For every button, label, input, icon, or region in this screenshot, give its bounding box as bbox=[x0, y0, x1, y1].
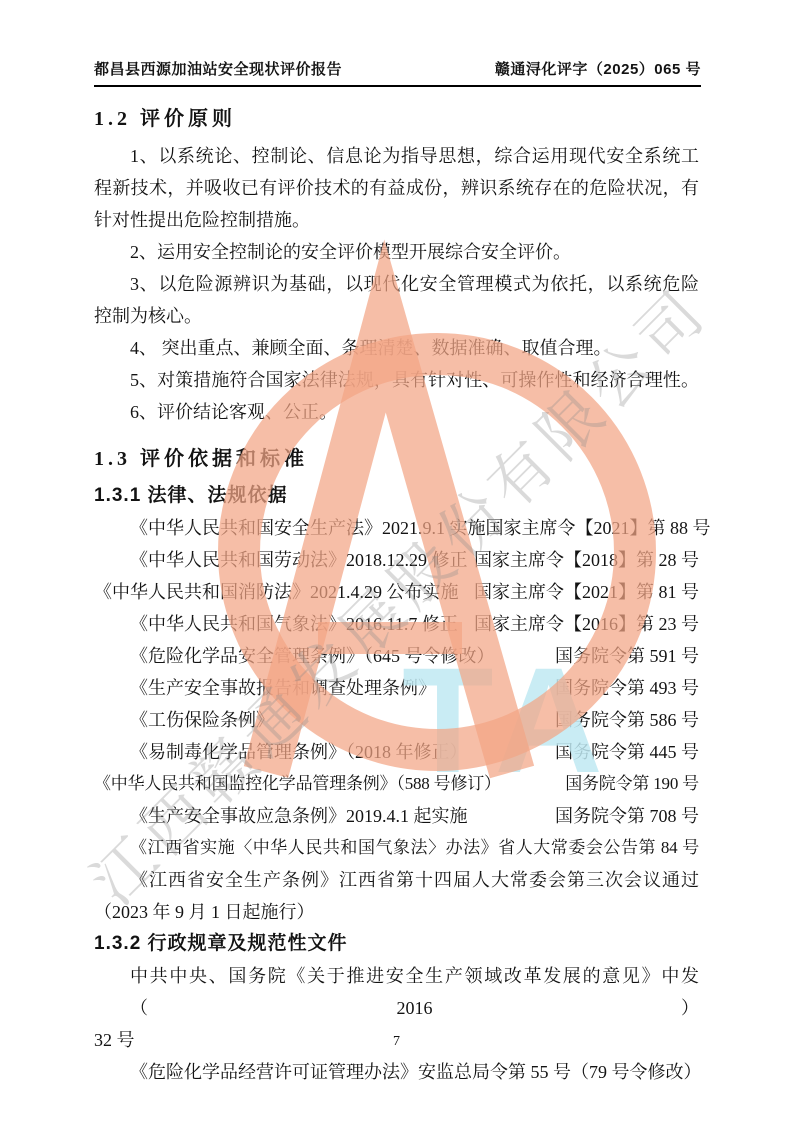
law-order-number: 国务院令第 190 号 bbox=[565, 768, 699, 800]
law-text: 《中华人民共和国消防法》2021.4.29 公布实施 bbox=[94, 576, 459, 608]
header-report-title: 都昌县西源加油站安全现状评价报告 bbox=[94, 58, 342, 79]
regulation-line: 《危险化学品经营许可证管理办法》安监总局令第 55 号（79 号令修改） bbox=[94, 1056, 699, 1088]
law-order-number: 国务院令第 445 号 bbox=[555, 736, 699, 768]
principle-line: 1、以系统论、控制论、信息论为指导思想，综合运用现代安全系统工 bbox=[94, 140, 699, 172]
law-order-number: 国家主席令【2021】第 88 号 bbox=[486, 512, 711, 544]
law-text: 《中华人民共和国劳动法》2018.12.29 修正 bbox=[130, 544, 468, 576]
law-row: 《易制毒化学品管理条例》（2018 年修正） 国务院令第 445 号 bbox=[94, 736, 699, 768]
principle-line: 6、评价结论客观、公正。 bbox=[94, 396, 699, 428]
law-order-number: 国家主席令【2021】第 81 号 bbox=[474, 576, 699, 608]
principle-line: 4、 突出重点、兼顾全面、条理清楚、数据准确、取值合理。 bbox=[94, 332, 699, 364]
law-order-number: 国家主席令【2018】第 28 号 bbox=[474, 544, 699, 576]
law-row: 《中华人民共和国劳动法》2018.12.29 修正 国家主席令【2018】第 2… bbox=[94, 544, 699, 576]
law-row: 《危险化学品安全管理条例》（645 号令修改） 国务院令第 591 号 bbox=[94, 640, 699, 672]
law-row: 《江西省安全生产条例》江西省第十四届人大常委会第三次会议通过 bbox=[94, 864, 699, 896]
law-text: 《易制毒化学品管理条例》（2018 年修正） bbox=[130, 736, 468, 768]
principle-line: 控制为核心。 bbox=[94, 300, 699, 332]
law-order-number: 国务院令第 493 号 bbox=[555, 672, 699, 704]
law-row: 《中华人民共和国气象法》2016.11.7 修正 国家主席令【2016】第 23… bbox=[94, 608, 699, 640]
section-1-3-2-title: 1.3.2 行政规章及规范性文件 bbox=[94, 928, 699, 960]
law-order-number: 国务院令第 591 号 bbox=[555, 640, 699, 672]
header-doc-number: 赣通浔化评字（2025）065 号 bbox=[495, 58, 701, 79]
principle-line: 程新技术，并吸收已有评价技术的有益成份，辨识系统存在的危险状况，有 bbox=[94, 172, 699, 204]
section-1-2-title: 1.2 评价原则 bbox=[94, 104, 699, 134]
law-text: 《中华人民共和国监控化学品管理条例》（588 号修订） bbox=[94, 768, 501, 800]
page-number: 7 bbox=[0, 1034, 793, 1050]
law-row: 《生产安全事故报告和调查处理条例》 国务院令第 493 号 bbox=[94, 672, 699, 704]
law-row: 《中华人民共和国消防法》2021.4.29 公布实施 国家主席令【2021】第 … bbox=[94, 576, 699, 608]
section-1-3-title: 1.3 评价依据和标准 bbox=[94, 444, 699, 474]
law-order-number: 国务院令第 708 号 bbox=[555, 800, 699, 832]
regulation-line: 中共中央、国务院《关于推进安全生产领域改革发展的意见》中发（2016） bbox=[94, 960, 699, 1024]
page-content: 1.2 评价原则 1、以系统论、控制论、信息论为指导思想，综合运用现代安全系统工… bbox=[94, 92, 699, 1088]
document-page: 都昌县西源加油站安全现状评价报告 赣通浔化评字（2025）065 号 1.2 评… bbox=[0, 0, 793, 1122]
law-text: 《危险化学品安全管理条例》（645 号令修改） bbox=[130, 640, 495, 672]
section-1-3-1-title: 1.3.1 法律、法规依据 bbox=[94, 480, 699, 512]
law-text: 《工伤保险条例》 bbox=[130, 704, 274, 736]
law-text: 《生产安全事故应急条例》2019.4.1 起实施 bbox=[130, 800, 468, 832]
law-order-number: 国务院令第 586 号 bbox=[555, 704, 699, 736]
law-row: （2023 年 9 月 1 日起施行） bbox=[94, 896, 699, 928]
page-header: 都昌县西源加油站安全现状评价报告 赣通浔化评字（2025）065 号 bbox=[94, 58, 701, 87]
law-order-number: 国家主席令【2016】第 23 号 bbox=[474, 608, 699, 640]
law-row: 《生产安全事故应急条例》2019.4.1 起实施 国务院令第 708 号 bbox=[94, 800, 699, 832]
law-text: 《生产安全事故报告和调查处理条例》 bbox=[130, 672, 436, 704]
law-text: 《中华人民共和国安全生产法》2021.9.1 实施 bbox=[130, 512, 486, 544]
law-text: 《中华人民共和国气象法》2016.11.7 修正 bbox=[130, 608, 458, 640]
principle-line: 3、以危险源辨识为基础，以现代化安全管理模式为依托，以系统危险 bbox=[94, 268, 699, 300]
principle-line: 5、对策措施符合国家法律法规，具有针对性、可操作性和经济合理性。 bbox=[94, 364, 699, 396]
law-row: 《中华人民共和国监控化学品管理条例》（588 号修订） 国务院令第 190 号 bbox=[94, 768, 699, 800]
law-row: 《江西省实施〈中华人民共和国气象法〉办法》省人大常委会公告第 84 号 bbox=[94, 832, 699, 864]
principle-line: 针对性提出危险控制措施。 bbox=[94, 204, 699, 236]
principle-line: 2、运用安全控制论的安全评价模型开展综合安全评价。 bbox=[94, 236, 699, 268]
law-row: 《工伤保险条例》 国务院令第 586 号 bbox=[94, 704, 699, 736]
law-row: 《中华人民共和国安全生产法》2021.9.1 实施 国家主席令【2021】第 8… bbox=[94, 512, 699, 544]
